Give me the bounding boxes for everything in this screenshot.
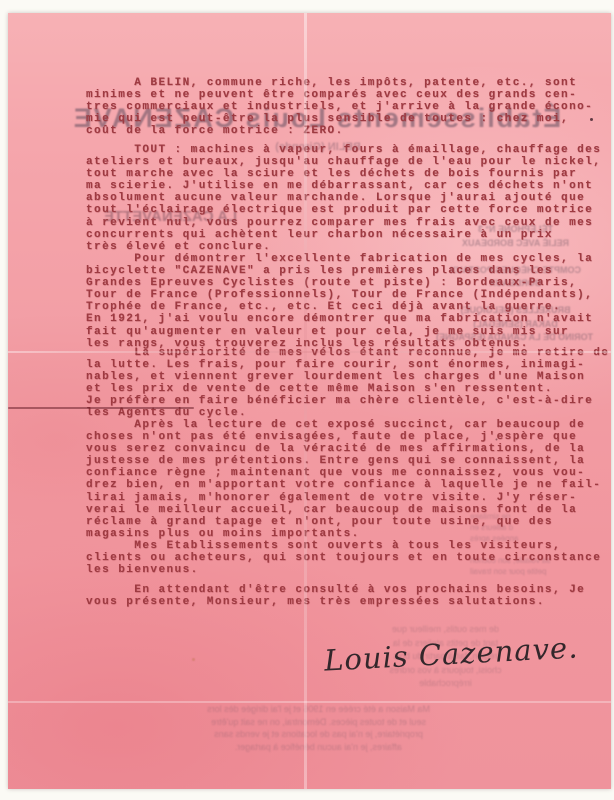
horizontal-fold-crease-upper bbox=[8, 351, 611, 353]
paragraph-salutations: En attendant d'être consulté à vos proch… bbox=[86, 584, 585, 608]
paper-speck bbox=[590, 118, 593, 121]
vertical-fold-crease bbox=[304, 13, 307, 789]
paragraph-expose-succinct: Après la lecture de cet exposé succinct,… bbox=[86, 419, 601, 540]
paragraph-intro-belin: A BELIN, commune riche, les impôts, pate… bbox=[86, 77, 593, 137]
letter-paper: Établissements Louis CAZENAVE BELIN (Gir… bbox=[8, 13, 611, 789]
bleedthrough-bottom-block: Ma Maison a été créée en 1906 et je l'ai… bbox=[66, 703, 571, 753]
horizontal-fold-crease-lower bbox=[8, 701, 611, 703]
paragraph-fabrication-cycles: Pour démontrer l'excellente fabrication … bbox=[86, 253, 593, 350]
paragraph-etablissements-ouverts: Mes Etablissements sont ouverts à tous l… bbox=[86, 540, 601, 576]
scanned-letter: Établissements Louis CAZENAVE BELIN (Gir… bbox=[0, 0, 614, 800]
dark-crease-mark bbox=[8, 407, 194, 409]
paragraph-tout-machines: TOUT : machines à vapeur, fours à émaill… bbox=[86, 144, 601, 253]
